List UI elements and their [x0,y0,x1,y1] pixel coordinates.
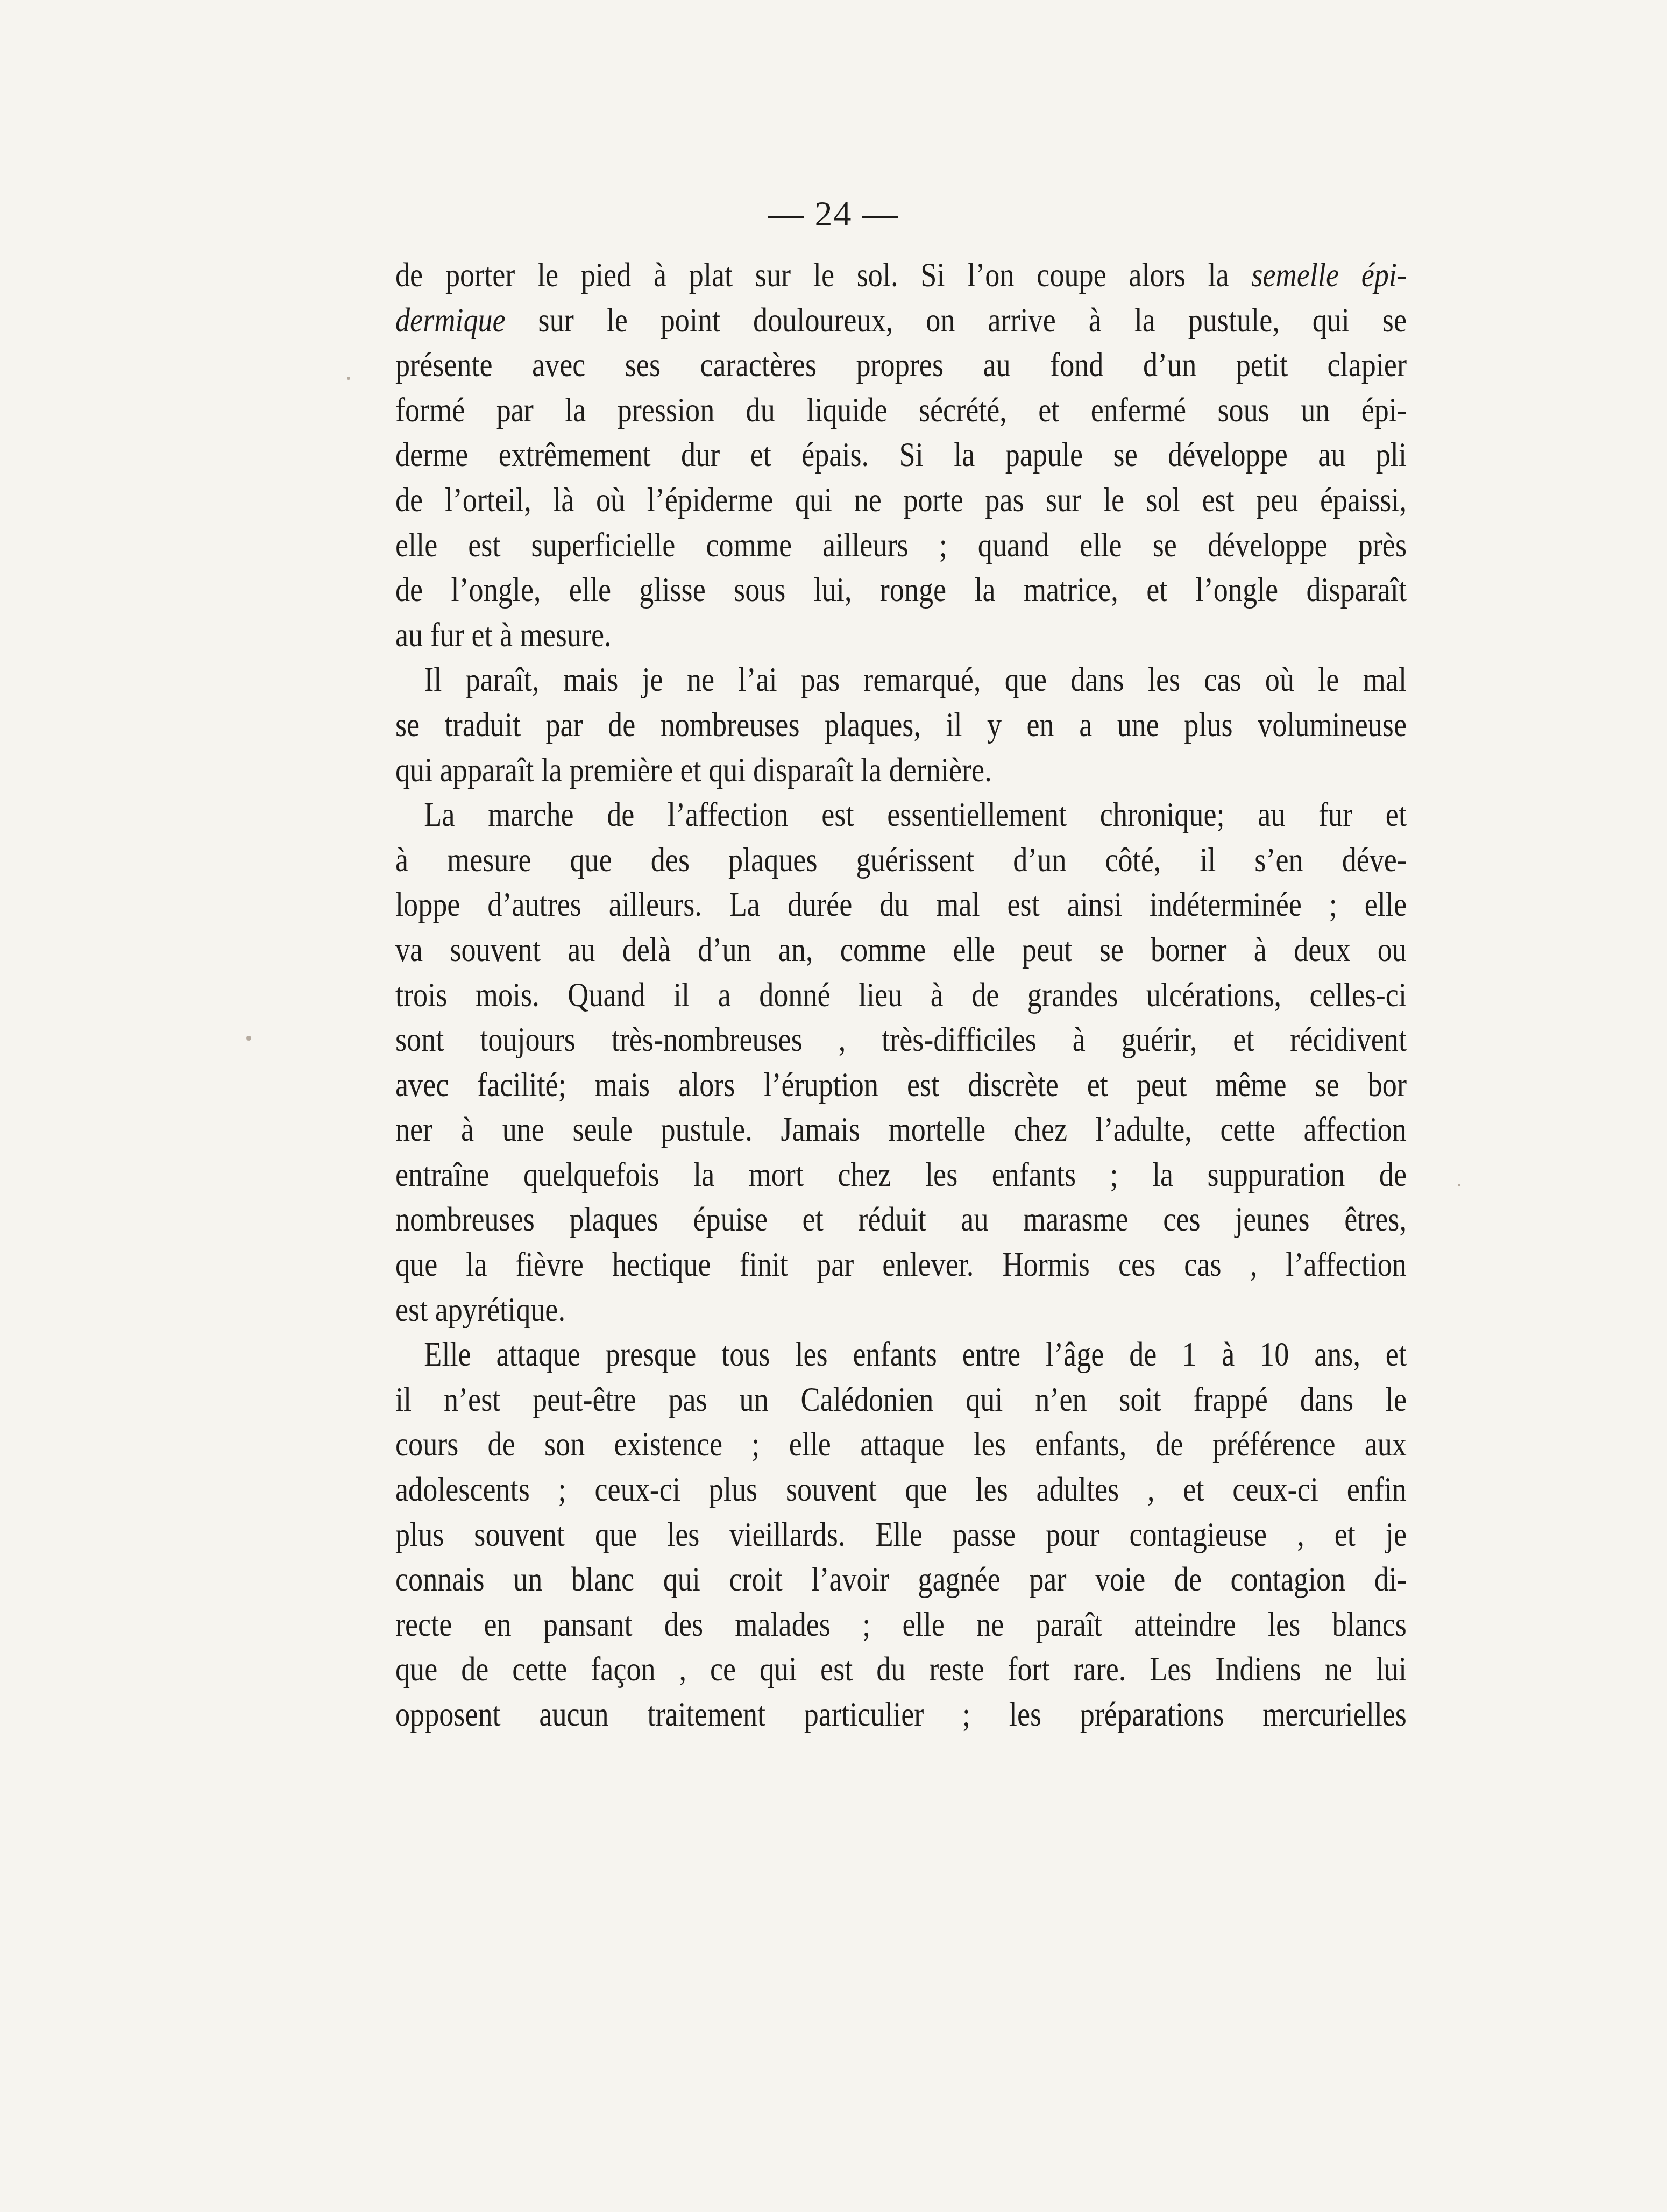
text-line: Elle attaque presque tous les enfants en… [395,1332,1407,1377]
text-run: ner à une seule pustule. Jamais mortelle… [395,1111,1407,1148]
paper-speck [347,377,350,380]
text-line: trois mois. Quand il a donné lieu à de g… [395,973,1407,1018]
text-run: au fur et à mesure. [395,616,612,654]
text-run: formé par la pression du liquide sécrété… [395,391,1407,429]
text-run: sur le point douloureux, on arrive à la … [506,301,1407,339]
italic-term: dermique [395,301,506,339]
text-run: il n’est peut-être pas un Calédonien qui… [395,1381,1407,1418]
text-line: entraîne quelquefois la mort chez les en… [395,1153,1407,1198]
text-line: ner à une seule pustule. Jamais mortelle… [395,1107,1407,1153]
text-run: entraîne quelquefois la mort chez les en… [395,1156,1407,1193]
text-run: La marche de l’affection est essentielle… [424,796,1407,833]
text-run: trois mois. Quand il a donné lieu à de g… [395,976,1407,1014]
text-line: qui apparaît la première et qui disparaî… [395,748,1407,793]
page-number: — 24 — [0,194,1667,235]
text-line: connais un blanc qui croit l’avoir gagné… [395,1557,1407,1602]
text-run: qui apparaît la première et qui disparaî… [395,751,992,789]
paper-speck [246,1036,251,1041]
paragraph: de porter le pied à plat sur le sol. Si … [395,253,1407,658]
text-run: elle est superficielle comme ailleurs ; … [395,526,1407,564]
paragraph: La marche de l’affection est essentielle… [395,793,1407,1332]
text-line: est apyrétique. [395,1288,1407,1333]
text-line: il n’est peut-être pas un Calédonien qui… [395,1377,1407,1423]
text-run: de l’orteil, là où l’épiderme qui ne por… [395,481,1407,519]
text-line: que la fièvre hectique finit par enlever… [395,1242,1407,1288]
text-line: sont toujours très-nombreuses , très-dif… [395,1017,1407,1063]
text-run: de l’ongle, elle glisse sous lui, ronge … [395,571,1407,609]
text-line: plus souvent que les vieillards. Elle pa… [395,1513,1407,1558]
text-run: à mesure que des plaques guérissent d’un… [395,841,1407,879]
text-line: cours de son existence ; elle attaque le… [395,1422,1407,1467]
text-run: que de cette façon , ce qui est du reste… [395,1650,1407,1688]
text-line: que de cette façon , ce qui est du reste… [395,1647,1407,1692]
text-line: Il paraît, mais je ne l’ai pas remarqué,… [395,658,1407,703]
text-line: à mesure que des plaques guérissent d’un… [395,838,1407,883]
paper-speck [1458,1184,1460,1186]
text-run: recte en pansant des malades ; elle ne p… [395,1606,1407,1643]
text-line: derme extrêmement dur et épais. Si la pa… [395,433,1407,478]
text-run: nombreuses plaques épuise et réduit au m… [395,1200,1407,1238]
paragraph: Elle attaque presque tous les enfants en… [395,1332,1407,1737]
text-run: Il paraît, mais je ne l’ai pas remarqué,… [424,661,1407,698]
text-line: va souvent au delà d’un an, comme elle p… [395,928,1407,973]
text-run: cours de son existence ; elle attaque le… [395,1425,1407,1463]
text-line: La marche de l’affection est essentielle… [395,793,1407,838]
text-run: derme extrêmement dur et épais. Si la pa… [395,436,1407,474]
text-line: adolescents ; ceux-ci plus souvent que l… [395,1467,1407,1513]
text-line: elle est superficielle comme ailleurs ; … [395,523,1407,568]
text-line: de l’ongle, elle glisse sous lui, ronge … [395,568,1407,613]
text-run: connais un blanc qui croit l’avoir gagné… [395,1560,1407,1598]
text-line: de porter le pied à plat sur le sol. Si … [395,253,1407,298]
text-line: dermique sur le point douloureux, on arr… [395,298,1407,343]
text-run: présente avec ses caractères propres au … [395,346,1407,384]
text-line: opposent aucun traitement particulier ; … [395,1692,1407,1737]
text-run: que la fièvre hectique finit par enlever… [395,1246,1407,1283]
text-run: Elle attaque presque tous les enfants en… [424,1335,1407,1373]
text-line: loppe d’autres ailleurs. La durée du mal… [395,882,1407,928]
text-run: plus souvent que les vieillards. Elle pa… [395,1516,1407,1553]
text-run: opposent aucun traitement particulier ; … [395,1695,1407,1733]
text-run: de porter le pied à plat sur le sol. Si … [395,256,1251,294]
text-run: est apyrétique. [395,1291,565,1328]
text-run: adolescents ; ceux-ci plus souvent que l… [395,1471,1407,1508]
text-run: sont toujours très-nombreuses , très-dif… [395,1021,1407,1058]
text-run: se traduit par de nombreuses plaques, il… [395,706,1407,744]
text-run: va souvent au delà d’un an, comme elle p… [395,931,1407,969]
text-line: au fur et à mesure. [395,613,1407,658]
text-line: recte en pansant des malades ; elle ne p… [395,1602,1407,1648]
paragraph: Il paraît, mais je ne l’ai pas remarqué,… [395,658,1407,793]
text-line: de l’orteil, là où l’épiderme qui ne por… [395,478,1407,523]
body-text: de porter le pied à plat sur le sol. Si … [395,253,1407,1737]
text-line: nombreuses plaques épuise et réduit au m… [395,1197,1407,1242]
text-run: avec facilité; mais alors l’éruption est… [395,1066,1407,1104]
text-line: présente avec ses caractères propres au … [395,343,1407,388]
italic-term: semelle épi- [1251,256,1406,294]
text-line: formé par la pression du liquide sécrété… [395,388,1407,433]
text-line: avec facilité; mais alors l’éruption est… [395,1063,1407,1108]
text-line: se traduit par de nombreuses plaques, il… [395,703,1407,748]
text-run: loppe d’autres ailleurs. La durée du mal… [395,886,1407,923]
